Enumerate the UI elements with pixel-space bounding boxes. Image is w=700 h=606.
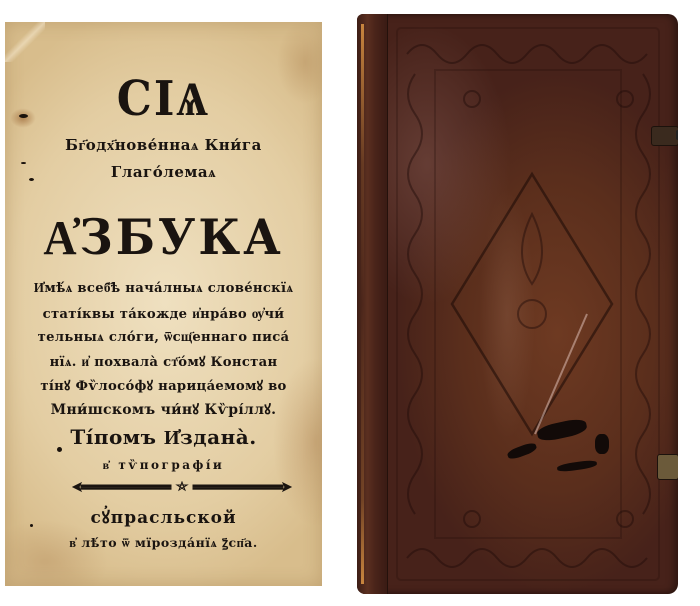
body-line-6: Мни́шскомъ чи́нꙋ Кѷрі́ллꙋ. (5, 400, 322, 419)
title-page: СІѦ Бг҃одх҃нове́ннаѧ Кни́га Глаго́лемаѧ … (5, 22, 322, 586)
body-line-3: тельныѧ сло́ги, ѿсщ҃еннаго писа́ (5, 329, 322, 345)
body-line-4: нїѧ. и҆ похвала̀ ст҃о́мꙋ Констан (5, 352, 322, 370)
clasp-top-icon (651, 126, 678, 146)
title-azbuka: А҆ЗБУКА (5, 209, 322, 266)
leather-cover (357, 14, 678, 594)
imprint-line: Ті́помъ И҆здана̀. (5, 425, 322, 450)
ornamental-rule-icon (71, 481, 293, 493)
subtitle-line-1: Бг҃одх҃нове́ннаѧ Кни́га (5, 136, 322, 155)
printing-house-line: в҆ тѷпографі́и (5, 458, 322, 473)
blind-tooling-icon (357, 14, 678, 594)
place-line: сꙋ҆прасльской (5, 505, 322, 528)
body-line-1: И҆мѣ́ѧ всеб҃ѣ нача́лныѧ слове́нскїѧ (5, 280, 322, 296)
body-line-5: ті́нꙋ Фѷлосо́фꙋ нарица́емомꙋ во (5, 376, 322, 394)
page-crease (5, 22, 45, 62)
clasp-bottom-icon (657, 454, 678, 480)
year-line: в҆ лѣ́то ѿ мїрозда́нїѧ ꙁ҃сп҃а. (5, 534, 322, 551)
title-sim: СІѦ (5, 72, 322, 127)
leather-damage (595, 434, 609, 454)
body-line-2: статі́квы та́кожде и҆нра́во ѹ҆чи́ (5, 306, 322, 322)
subtitle-line-2: Глаго́лемаѧ (5, 163, 322, 182)
